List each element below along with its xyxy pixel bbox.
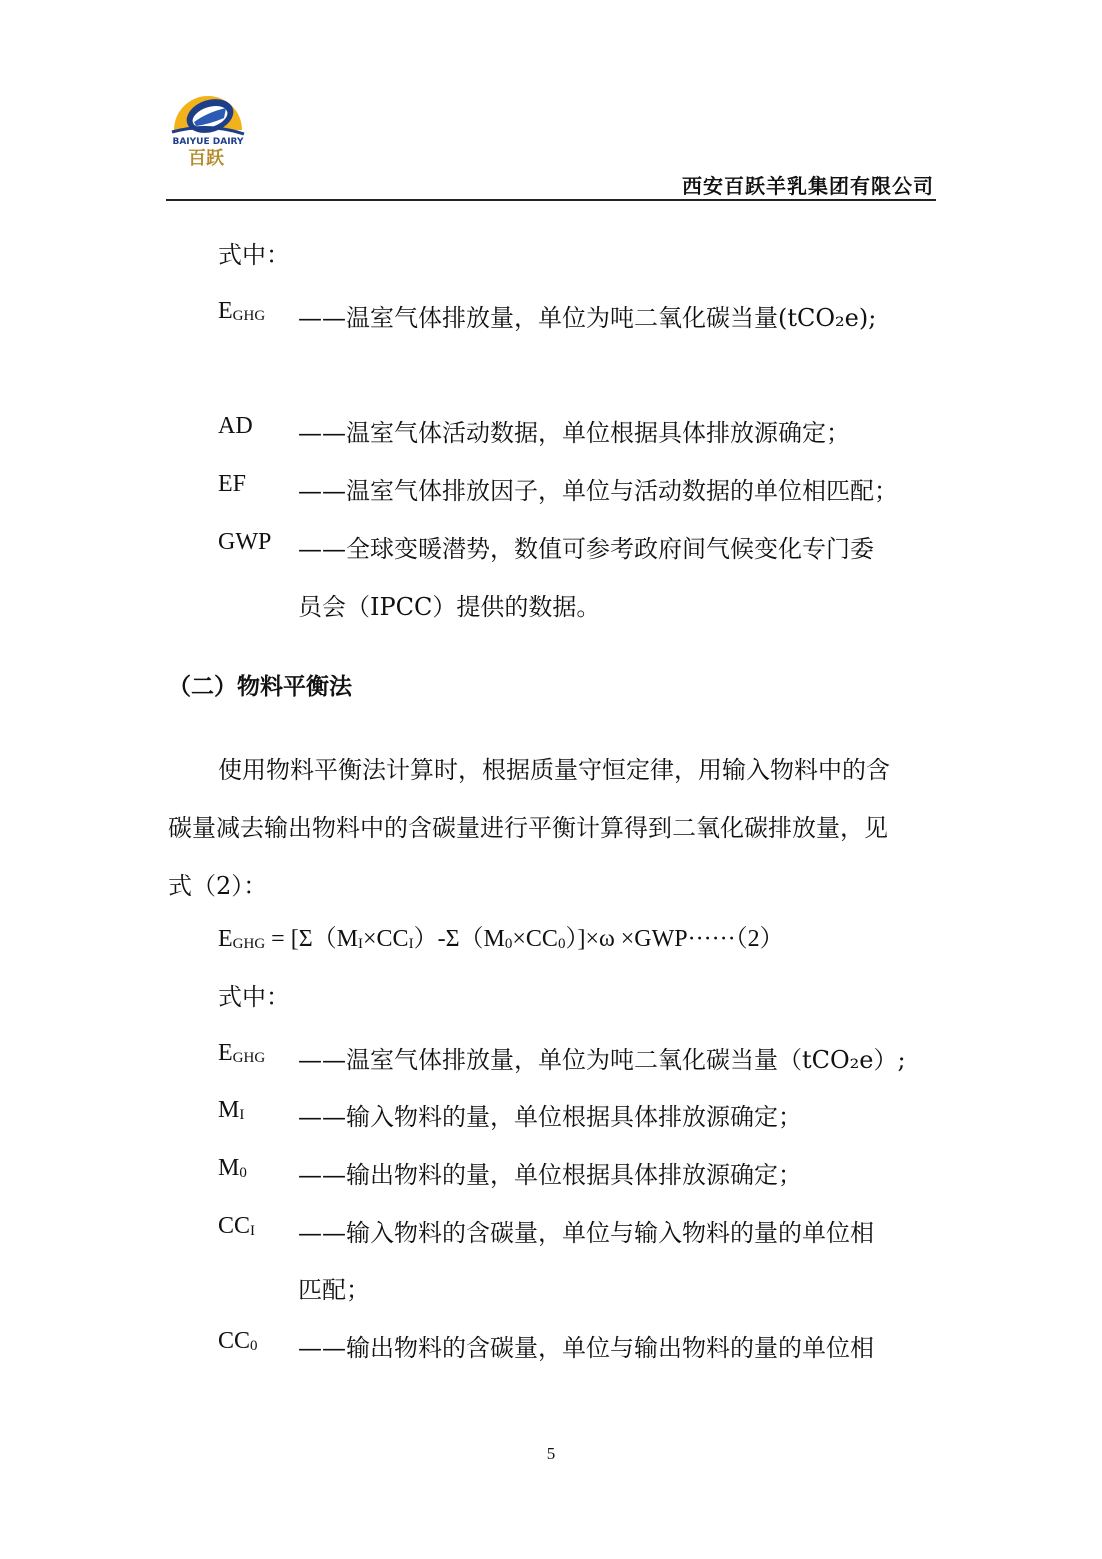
company-name: 西安百跃羊乳集团有限公司 — [682, 170, 934, 199]
symbol-m0: M0 — [218, 1155, 247, 1182]
paragraph-line-3: 式（2）： — [168, 866, 938, 901]
paragraph-line-2: 碳量减去输出物料中的含碳量进行平衡计算得到二氧化碳排放量，见 — [168, 808, 938, 843]
section-heading: （二）物料平衡法 — [168, 668, 352, 701]
logo-icon: BAIYUE DAIRY 百跃 — [168, 78, 248, 168]
symbol-ad: AD — [218, 413, 253, 440]
paragraph-line-1: 使用物料平衡法计算时，根据质量守恒定律，用输入物料中的含 — [218, 750, 988, 785]
header-divider — [166, 199, 936, 201]
definition-eghg: ——温室气体排放量，单位为吨二氧化碳当量(tCO₂e); — [298, 298, 876, 333]
svg-text:百跃: 百跃 — [188, 148, 224, 168]
definition-cci-cont: 匹配； — [298, 1270, 370, 1305]
page-number: 5 — [0, 1444, 1102, 1464]
svg-text:BAIYUE DAIRY: BAIYUE DAIRY — [172, 137, 244, 147]
where-label-2: 式中： — [218, 982, 290, 1012]
formula-2: EGHG = [Σ（MI×CCI）-Σ（M0×CC0）]×ω ×GWP·····… — [218, 924, 784, 959]
symbol-gwp: GWP — [218, 529, 271, 556]
definition-mi: ——输入物料的量，单位根据具体排放源确定； — [298, 1097, 802, 1132]
definition-gwp-cont: 员会（IPCC）提供的数据。 — [298, 587, 600, 622]
definition-cci: ——输入物料的含碳量，单位与输入物料的量的单位相 — [298, 1213, 874, 1248]
symbol-ef: EF — [218, 471, 246, 498]
where-label: 式中： — [218, 240, 290, 270]
symbol-eghg-2: EGHG — [218, 1040, 265, 1067]
symbol-cc0: CC0 — [218, 1328, 258, 1355]
symbol-mi: MI — [218, 1097, 244, 1124]
company-logo: BAIYUE DAIRY 百跃 — [168, 78, 248, 168]
definition-gwp: ——全球变暖潜势，数值可参考政府间气候变化专门委 — [298, 529, 874, 564]
definition-eghg-2: ——温室气体排放量，单位为吨二氧化碳当量（tCO₂e）; — [298, 1040, 906, 1075]
definition-ad: ——温室气体活动数据，单位根据具体排放源确定； — [298, 413, 850, 448]
symbol-cci: CCI — [218, 1213, 255, 1240]
definition-cc0: ——输出物料的含碳量，单位与输出物料的量的单位相 — [298, 1328, 874, 1363]
definition-m0: ——输出物料的量，单位根据具体排放源确定； — [298, 1155, 802, 1190]
symbol-eghg: EGHG — [218, 298, 265, 325]
definition-ef: ——温室气体排放因子，单位与活动数据的单位相匹配； — [298, 471, 898, 506]
